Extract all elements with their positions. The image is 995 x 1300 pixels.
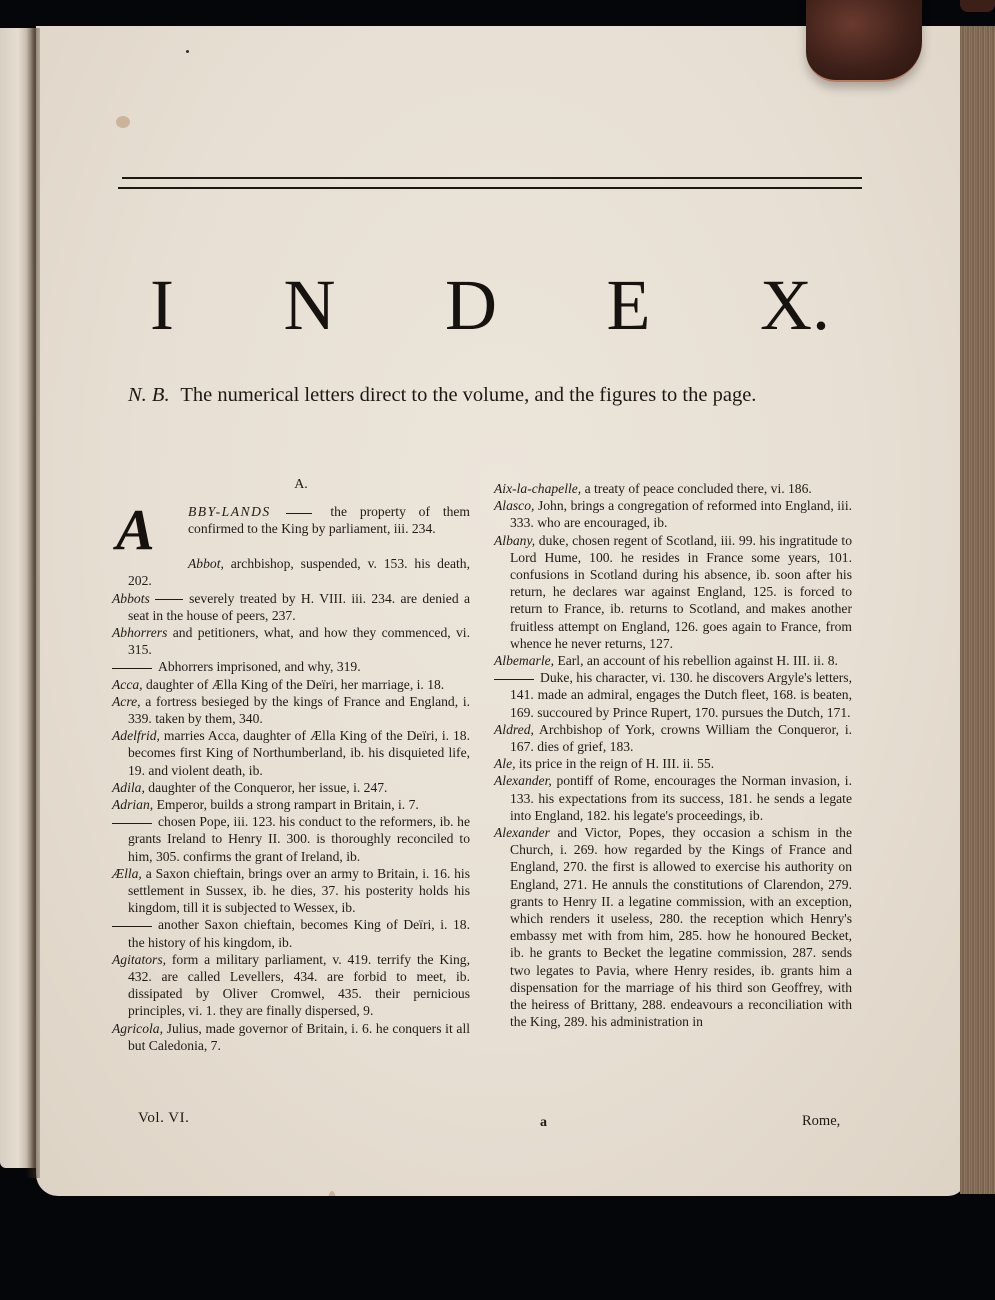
entry-head: Albany, [494,533,535,548]
entry-head: Alexander, [494,773,552,788]
ditto-dash [112,823,152,824]
page-edges [960,26,995,1194]
entry-head: Ale, [494,756,516,771]
volume-number: Vol. VI. [138,1110,189,1127]
entry-head: Abbots [112,591,150,606]
entry-text: daughter of the Conqueror, her issue, i.… [148,780,387,795]
index-entry: Abbot, archbishop, suspended, v. 153. hi… [112,555,470,589]
index-entry: Acca, daughter of Ælla King of the Deïri… [112,676,470,693]
entry-text: and petitioners, what, and how they comm… [128,625,470,657]
index-entry: Aldred, Archbishop of York, crowns Willi… [494,721,852,755]
entry-text: marries Acca, daughter of Ælla King of t… [128,728,470,777]
entry-head: Adrian, [112,797,153,812]
index-entry: chosen Pope, iii. 123. his conduct to th… [112,813,470,865]
header-rule-bottom [118,187,862,189]
entry-text: a fortress besieged by the kings of Fran… [128,694,470,726]
entry-head: Agricola, [112,1021,163,1036]
entry-text: Earl, an account of his rebellion agains… [557,653,837,668]
index-entry: Alasco, John, brings a congregation of r… [494,497,852,531]
title-letter: E [606,264,650,347]
index-entry: Agricola, Julius, made governor of Brita… [112,1020,470,1054]
leather-clip-edge [960,0,995,12]
leather-clip [806,0,922,82]
index-entry: Abbots severely treated by H. VIII. iii.… [112,590,470,624]
entry-head: Albemarle, [494,653,554,668]
paper-stain [116,116,130,128]
entry-text: Emperor, builds a strong rampart in Brit… [157,797,419,812]
entry-head: BBY-LANDS [188,504,271,519]
entry-head: Adila, [112,780,145,795]
entry-text: and Victor, Popes, they occasion a schis… [510,825,852,1029]
index-entry: Agitators, form a military parliament, v… [112,951,470,1020]
entry-head: Agitators, [112,952,166,967]
index-column-left: A. A BBY-LANDS the property of them conf… [112,476,470,1054]
ditto-dash [494,679,534,680]
note-label: N. B. [128,384,170,406]
header-rule-top [122,177,862,179]
drop-cap: A [116,505,155,555]
em-dash [155,599,183,600]
entry-text: John, brings a congregation of reformed … [510,498,852,530]
entry-text: severely treated by H. VIII. iii. 234. a… [128,591,470,623]
entry-text: form a military parliament, v. 419. terr… [128,952,470,1019]
index-entry: Albany, duke, chosen regent of Scotland,… [494,532,852,652]
gutter-shadow [26,28,40,1178]
em-dash [286,513,312,514]
index-entry: Abhorrers imprisoned, and why, 319. [112,658,470,675]
index-entry: Ælla, a Saxon chieftain, brings over an … [112,865,470,917]
index-entry: Ale, its price in the reign of H. III. i… [494,755,852,772]
entry-head: Alexander [494,825,550,840]
index-entry: Alexander, pontiff of Rome, encourages t… [494,772,852,824]
entry-text: Archbishop of York, crowns William the C… [510,722,852,754]
title-letter: I [150,264,174,347]
entry-head: Abbot, [188,556,224,571]
entry-text: archbishop, suspended, v. 153. his death… [128,556,470,588]
index-entry: A BBY-LANDS the property of them confirm… [112,503,470,555]
index-entry: Acre, a fortress besieged by the kings o… [112,693,470,727]
entry-text: daughter of Ælla King of the Deïri, her … [146,677,444,692]
entry-text: Abhorrers imprisoned, and why, 319. [158,659,361,674]
entry-head: Adelfrid, [112,728,160,743]
entry-head: Acca, [112,677,143,692]
index-entry: Abhorrers and petitioners, what, and how… [112,624,470,658]
index-entry: another Saxon chieftain, becomes King of… [112,916,470,950]
entry-text: Julius, made governor of Britain, i. 6. … [128,1021,470,1053]
index-entry: Albemarle, Earl, an account of his rebel… [494,652,852,669]
index-entry: Aix-la-chapelle, a treaty of peace concl… [494,480,852,497]
index-note: N. B. The numerical letters direct to th… [128,384,868,407]
entry-head: Abhorrers [112,625,167,640]
index-entry: Adrian, Emperor, builds a strong rampart… [112,796,470,813]
section-letter: A. [112,476,470,493]
entry-text: another Saxon chieftain, becomes King of… [128,917,470,949]
entry-head: Ælla, [112,866,142,881]
entry-text: chosen Pope, iii. 123. his conduct to th… [128,814,470,863]
index-entry: Adila, daughter of the Conqueror, her is… [112,779,470,796]
entry-text: a treaty of peace concluded there, vi. 1… [585,481,812,496]
entry-text: its price in the reign of H. III. ii. 55… [519,756,714,771]
entry-head: Alasco, [494,498,534,513]
paper-stain [328,1191,336,1196]
title-letter: N [283,264,335,347]
entry-head: Aix-la-chapelle, [494,481,581,496]
paper-speck [186,50,189,53]
entry-head: Aldred, [494,722,534,737]
index-column-right: Aix-la-chapelle, a treaty of peace concl… [494,480,852,1031]
entry-text: pontiff of Rome, encourages the Norman i… [510,773,852,822]
signature-mark: a [540,1115,547,1131]
entry-text: a Saxon chieftain, brings over an army t… [128,866,470,915]
catchword: Rome, [802,1113,840,1130]
index-entry: Duke, his character, vi. 130. he discove… [494,669,852,721]
index-entry: Adelfrid, marries Acca, daughter of Ælla… [112,727,470,779]
title-letter: D [445,264,497,347]
entry-text: duke, chosen regent of Scotland, iii. 99… [510,533,852,651]
entry-head: Acre, [112,694,141,709]
entry-text: Duke, his character, vi. 130. he discove… [510,670,852,719]
index-entry: Alexander and Victor, Popes, they occasi… [494,824,852,1030]
note-text: The numerical letters direct to the volu… [180,384,756,406]
title-letter: X. [760,264,830,347]
ditto-dash [112,668,152,669]
page-title: I N D E X. [150,265,830,345]
ditto-dash [112,926,152,927]
